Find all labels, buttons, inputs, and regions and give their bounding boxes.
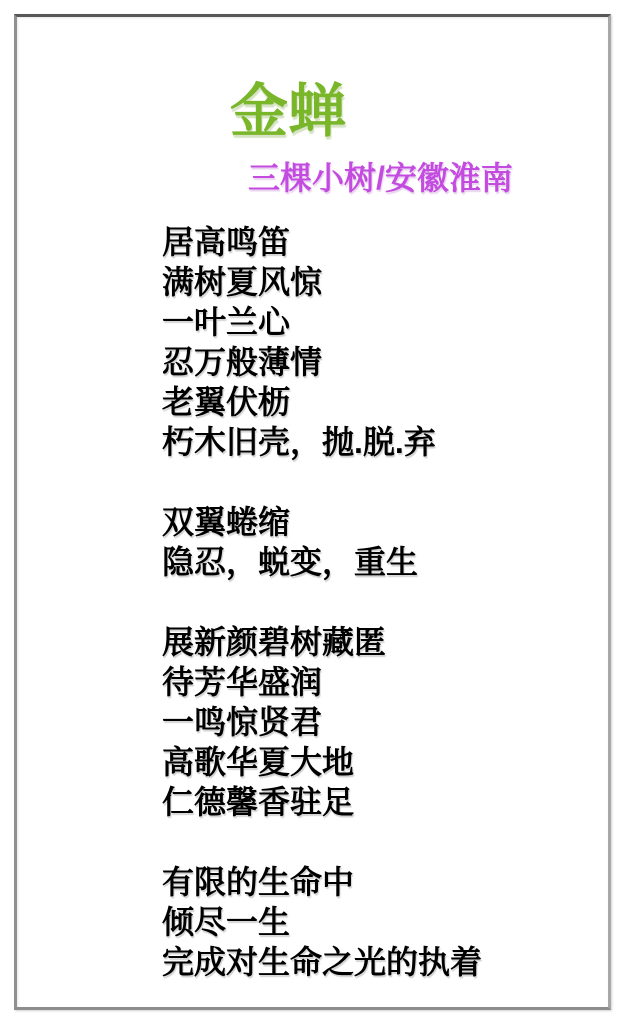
poem-stanza: 居高鸣笛满树夏风惊一叶兰心忍万般薄情老翼伏枥朽木旧壳，抛.脱.弃 (162, 222, 482, 462)
poem-stanza: 双翼蜷缩隐忍，蜕变，重生 (162, 502, 482, 582)
poem-line: 倾尽一生 (162, 902, 482, 942)
poem-line: 仁德馨香驻足 (162, 782, 482, 822)
poem-author: 三棵小树/安徽淮南 (248, 159, 513, 197)
poem-line: 隐忍，蜕变，重生 (162, 542, 482, 582)
poem-line: 忍万般薄情 (162, 342, 482, 382)
poem-page: 金蝉 三棵小树/安徽淮南 居高鸣笛满树夏风惊一叶兰心忍万般薄情老翼伏枥朽木旧壳，… (0, 0, 627, 1026)
poem-line: 双翼蜷缩 (162, 502, 482, 542)
poem-line: 完成对生命之光的执着 (162, 942, 482, 982)
poem-line: 朽木旧壳，抛.脱.弃 (162, 422, 482, 462)
poem-stanza: 展新颜碧树藏匿待芳华盛润一鸣惊贤君高歌华夏大地仁德馨香驻足 (162, 622, 482, 822)
poem-line: 满树夏风惊 (162, 262, 482, 302)
poem-line: 老翼伏枥 (162, 382, 482, 422)
poem-line: 一叶兰心 (162, 302, 482, 342)
poem-line: 待芳华盛润 (162, 662, 482, 702)
poem-line: 居高鸣笛 (162, 222, 482, 262)
poem-line: 展新颜碧树藏匿 (162, 622, 482, 662)
poem-body: 居高鸣笛满树夏风惊一叶兰心忍万般薄情老翼伏枥朽木旧壳，抛.脱.弃双翼蜷缩隐忍，蜕… (162, 222, 482, 1022)
poem-title: 金蝉 (230, 80, 346, 144)
poem-stanza: 有限的生命中倾尽一生完成对生命之光的执着 (162, 862, 482, 982)
poem-line: 高歌华夏大地 (162, 742, 482, 782)
poem-line: 有限的生命中 (162, 862, 482, 902)
poem-line: 一鸣惊贤君 (162, 702, 482, 742)
